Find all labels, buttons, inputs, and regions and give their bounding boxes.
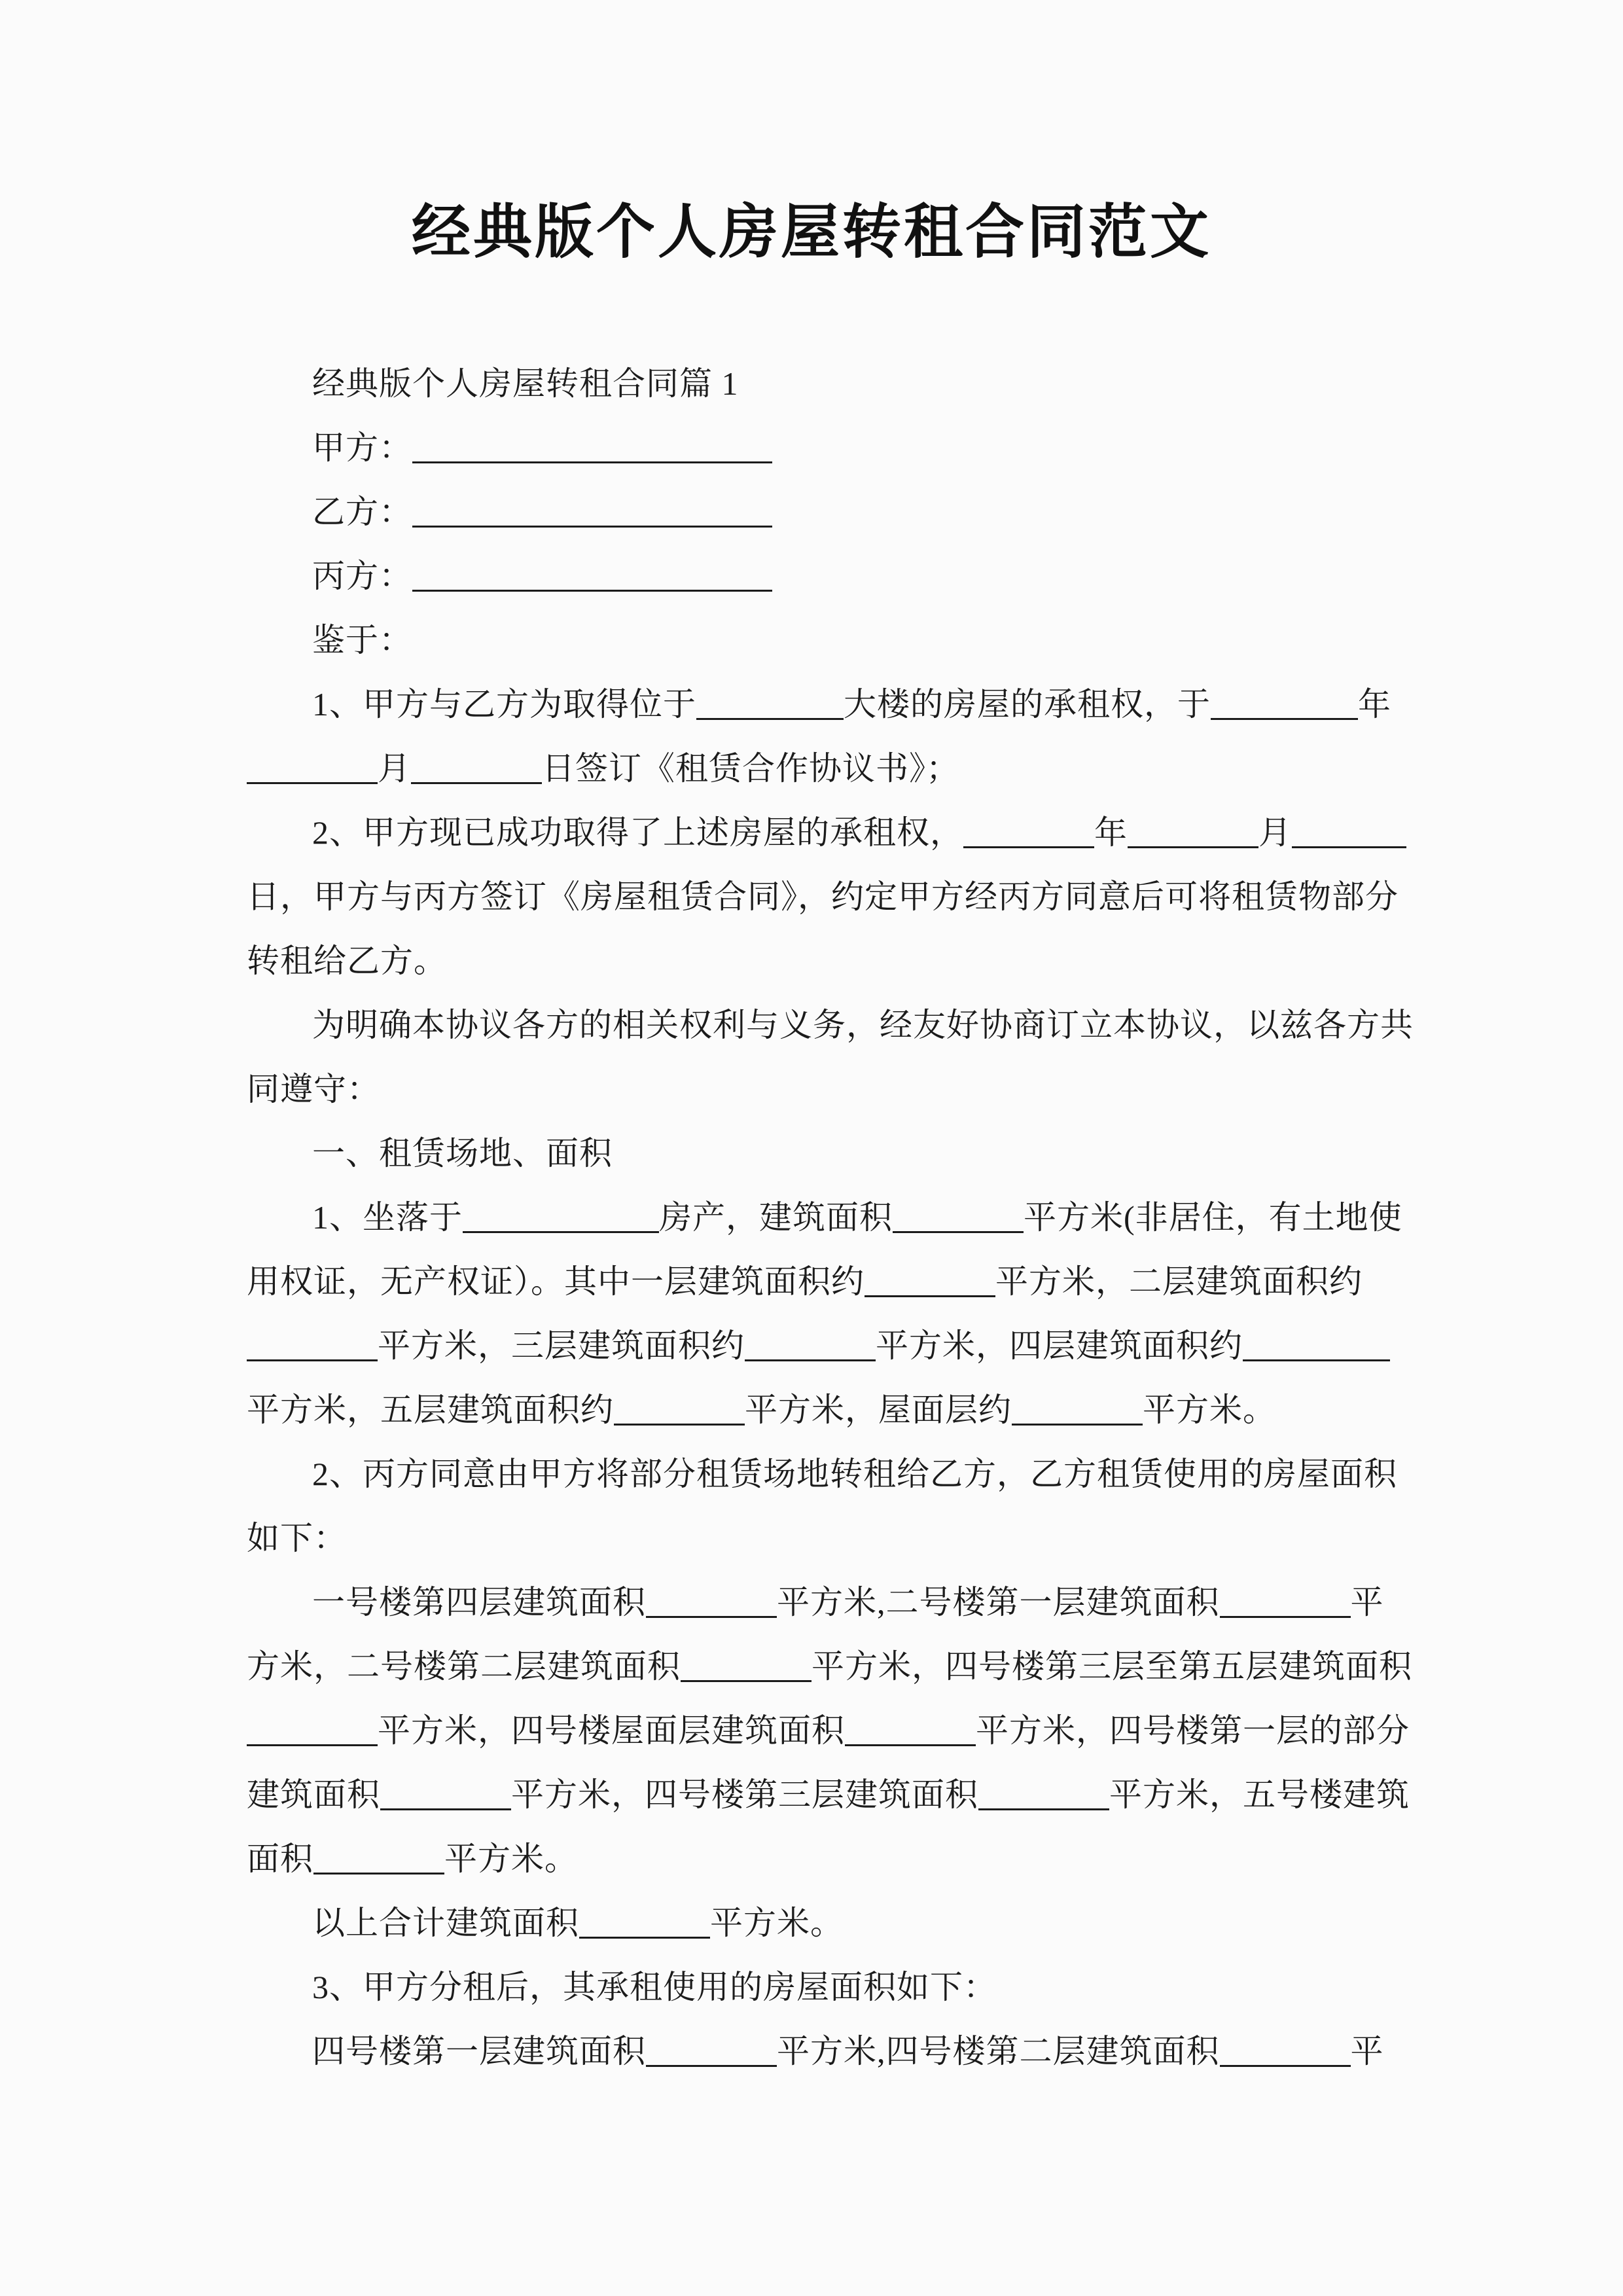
blank-underline bbox=[681, 1650, 811, 1682]
blank-underline bbox=[963, 816, 1094, 848]
blank-underline bbox=[696, 688, 844, 720]
blank-underline bbox=[745, 1329, 876, 1361]
blank-underline bbox=[412, 431, 772, 463]
blank-underline bbox=[463, 1201, 659, 1233]
blank-underline bbox=[646, 2035, 777, 2067]
text-line: 为明确本协议各方的相关权利与义务，经友好协商订立本协议，以兹各方共 bbox=[247, 993, 1399, 1057]
blank-underline bbox=[646, 1586, 777, 1618]
document-body: 经典版个人房屋转租合同篇 1甲方：乙方：丙方：鉴于：1、甲方与乙方为取得位于大楼… bbox=[247, 351, 1399, 2083]
blank-underline bbox=[845, 1714, 976, 1746]
blank-underline bbox=[1220, 2035, 1351, 2067]
blank-underline bbox=[411, 752, 542, 784]
text-line: 平方米，四号楼屋面层建筑面积平方米，四号楼第一层的部分 bbox=[247, 1698, 1399, 1763]
text-line: 甲方： bbox=[247, 416, 1399, 480]
text-line: 方米，二号楼第二层建筑面积平方米，四号楼第三层至第五层建筑面积 bbox=[247, 1634, 1399, 1698]
text-line: 用权证，无产权证）。其中一层建筑面积约平方米，二层建筑面积约 bbox=[247, 1249, 1399, 1314]
blank-underline bbox=[1012, 1393, 1143, 1426]
text-line: 以上合计建筑面积平方米。 bbox=[247, 1891, 1399, 1955]
blank-underline bbox=[865, 1265, 995, 1297]
text-line: 一、租赁场地、面积 bbox=[247, 1121, 1399, 1185]
blank-underline bbox=[1220, 1586, 1351, 1618]
text-line: 面积平方米。 bbox=[247, 1827, 1399, 1891]
blank-underline bbox=[313, 1842, 444, 1874]
text-line: 平方米，五层建筑面积约平方米，屋面层约平方米。 bbox=[247, 1378, 1399, 1442]
text-line: 转租给乙方。 bbox=[247, 929, 1399, 993]
blank-underline bbox=[247, 1714, 378, 1746]
text-line: 1、坐落于房产，建筑面积平方米(非居住，有土地使 bbox=[247, 1185, 1399, 1249]
text-line: 2、甲方现已成功取得了上述房屋的承租权，年月 bbox=[247, 800, 1399, 865]
text-line: 2、丙方同意由甲方将部分租赁场地转租给乙方，乙方租赁使用的房屋面积 bbox=[247, 1442, 1399, 1506]
blank-underline bbox=[247, 1329, 378, 1361]
text-line: 如下： bbox=[247, 1506, 1399, 1570]
text-line: 丙方： bbox=[247, 544, 1399, 608]
text-line: 平方米，三层建筑面积约平方米，四层建筑面积约 bbox=[247, 1314, 1399, 1378]
blank-underline bbox=[247, 752, 378, 784]
blank-underline bbox=[614, 1393, 745, 1426]
contract-document-page: 经典版个人房屋转租合同范文 经典版个人房屋转租合同篇 1甲方：乙方：丙方：鉴于：… bbox=[0, 0, 1623, 2296]
text-line: 鉴于： bbox=[247, 608, 1399, 672]
text-line: 同遵守： bbox=[247, 1057, 1399, 1121]
blank-underline bbox=[893, 1201, 1024, 1233]
text-line: 月日签订《租赁合作协议书》； bbox=[247, 736, 1399, 800]
page-title: 经典版个人房屋转租合同范文 bbox=[0, 196, 1623, 270]
blank-underline bbox=[1243, 1329, 1390, 1361]
text-line: 建筑面积平方米，四号楼第三层建筑面积平方米，五号楼建筑 bbox=[247, 1763, 1399, 1827]
blank-underline bbox=[978, 1778, 1109, 1810]
blank-underline bbox=[380, 1778, 511, 1810]
text-line: 经典版个人房屋转租合同篇 1 bbox=[247, 351, 1399, 416]
text-line: 3、甲方分租后，其承租使用的房屋面积如下： bbox=[247, 1955, 1399, 2019]
text-line: 乙方： bbox=[247, 480, 1399, 544]
text-line: 一号楼第四层建筑面积平方米,二号楼第一层建筑面积平 bbox=[247, 1570, 1399, 1634]
blank-underline bbox=[1128, 816, 1258, 848]
text-line: 1、甲方与乙方为取得位于大楼的房屋的承租权，于年 bbox=[247, 672, 1399, 736]
blank-underline bbox=[579, 1907, 710, 1939]
text-line: 日，甲方与丙方签订《房屋租赁合同》，约定甲方经丙方同意后可将租赁物部分 bbox=[247, 865, 1399, 929]
blank-underline bbox=[412, 560, 772, 592]
blank-underline bbox=[412, 495, 772, 528]
blank-underline bbox=[1211, 688, 1358, 720]
text-line: 四号楼第一层建筑面积平方米,四号楼第二层建筑面积平 bbox=[247, 2019, 1399, 2083]
blank-underline bbox=[1292, 816, 1406, 848]
